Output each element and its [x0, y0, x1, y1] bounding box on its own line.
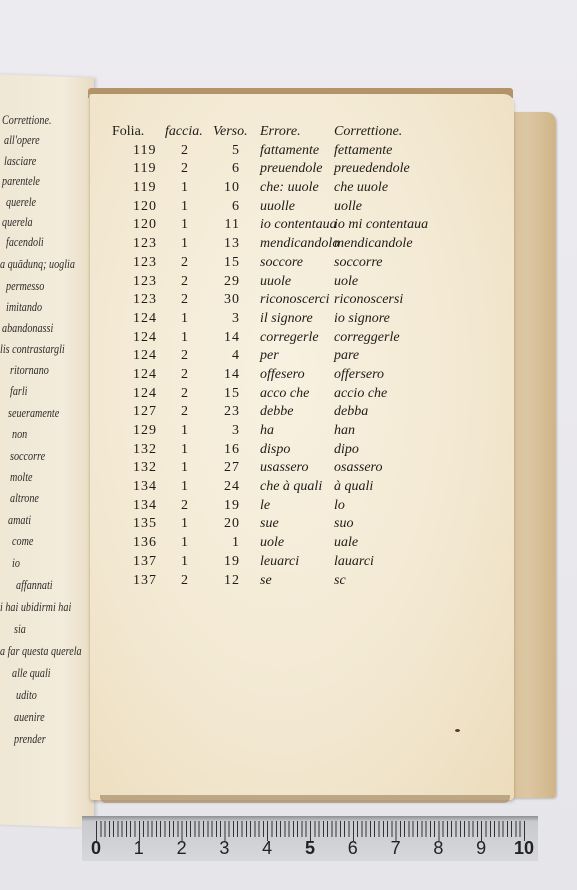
- cell-correttione: fettamente: [334, 143, 392, 159]
- cell-correttione: riconoscersi: [334, 292, 403, 308]
- left-page-line: sia: [14, 622, 26, 635]
- left-page-line: affannati: [16, 578, 53, 591]
- cell-verso: 14: [216, 330, 240, 346]
- cell-errore: le: [260, 498, 270, 514]
- cell-verso: 27: [216, 460, 240, 476]
- ruler-label-0: 0: [91, 838, 101, 859]
- cell-folia: 127: [133, 404, 157, 420]
- cell-errore: riconoscerci: [260, 292, 329, 308]
- ruler-label-9: 9: [476, 838, 486, 859]
- cell-errore: che à quali: [260, 479, 322, 495]
- cell-correttione: offersero: [334, 367, 384, 383]
- left-page-line: alle quali: [12, 666, 51, 679]
- cell-verso: 15: [216, 255, 240, 271]
- cell-errore: sue: [260, 516, 279, 532]
- cell-folia: 136: [133, 535, 157, 551]
- cell-verso: 10: [216, 180, 240, 196]
- left-page-line: lis contrastargli: [0, 342, 65, 355]
- cell-faccia: 2: [181, 274, 189, 290]
- left-page-line: farli: [10, 384, 27, 397]
- cell-folia: 119: [133, 161, 156, 177]
- cell-correttione: io mi contentaua: [334, 217, 428, 233]
- cell-folia: 137: [133, 573, 157, 589]
- cell-folia: 124: [133, 348, 157, 364]
- cell-verso: 30: [216, 292, 240, 308]
- ruler-label-5: 5: [305, 838, 315, 859]
- cell-correttione: pare: [334, 348, 359, 364]
- cell-verso: 15: [216, 386, 240, 402]
- cell-folia: 132: [133, 460, 157, 476]
- cell-correttione: lauarci: [334, 554, 374, 570]
- cell-correttione: suo: [334, 516, 353, 532]
- left-page-line: ritornano: [10, 363, 49, 376]
- left-page-line: imitando: [6, 300, 42, 313]
- cell-errore: uuole: [260, 274, 291, 290]
- ruler-label-6: 6: [348, 838, 358, 859]
- cell-folia: 124: [133, 330, 157, 346]
- cell-verso: 23: [216, 404, 240, 420]
- cell-faccia: 1: [181, 479, 189, 495]
- cell-faccia: 1: [181, 330, 189, 346]
- left-page-line: molte: [10, 470, 33, 483]
- cell-correttione: soccorre: [334, 255, 382, 271]
- cell-folia: 132: [133, 442, 157, 458]
- cell-errore: usassero: [260, 460, 309, 476]
- left-page-line: amati: [8, 513, 31, 526]
- cell-faccia: 2: [181, 498, 189, 514]
- cell-correttione: correggerle: [334, 330, 400, 346]
- cell-correttione: uole: [334, 274, 358, 290]
- cell-correttione: han: [334, 423, 355, 439]
- left-page-line: a far questa querela: [0, 644, 82, 657]
- cell-faccia: 1: [181, 460, 189, 476]
- left-page-line: auenire: [14, 710, 45, 723]
- cell-verso: 19: [216, 554, 240, 570]
- cell-faccia: 1: [181, 423, 189, 439]
- cell-correttione: à quali: [334, 479, 373, 495]
- cell-folia: 123: [133, 236, 157, 252]
- cell-folia: 124: [133, 367, 157, 383]
- cell-faccia: 1: [181, 442, 189, 458]
- cell-correttione: accio che: [334, 386, 387, 402]
- cell-errore: il signore: [260, 311, 313, 327]
- left-page-line: abandonassi: [2, 321, 53, 334]
- scale-ruler: 012345678910: [82, 816, 538, 861]
- left-page-line: querele: [6, 195, 36, 208]
- cell-errore: debbe: [260, 404, 293, 420]
- ruler-label-7: 7: [391, 838, 401, 859]
- left-page-line: permesso: [6, 279, 44, 292]
- cell-folia: 124: [133, 311, 157, 327]
- cell-faccia: 1: [181, 554, 189, 570]
- cell-verso: 13: [216, 236, 240, 252]
- cell-folia: 123: [133, 255, 157, 271]
- cell-errore: per: [260, 348, 279, 364]
- ruler-label-10: 10: [514, 838, 534, 859]
- cell-faccia: 2: [181, 367, 189, 383]
- cell-faccia: 1: [181, 236, 189, 252]
- cell-verso: 6: [216, 199, 240, 215]
- cell-verso: 3: [216, 311, 240, 327]
- ruler-label-8: 8: [433, 838, 443, 859]
- cell-verso: 19: [216, 498, 240, 514]
- cell-verso: 29: [216, 274, 240, 290]
- cell-verso: 1: [216, 535, 240, 551]
- left-page-line: io: [12, 556, 20, 569]
- cell-folia: 120: [133, 217, 157, 233]
- cell-faccia: 2: [181, 348, 189, 364]
- page-bottom-edge: [100, 795, 510, 803]
- cell-faccia: 1: [181, 535, 189, 551]
- cell-verso: 5: [216, 143, 240, 159]
- left-page-line: soccorre: [10, 449, 45, 462]
- cell-correttione: dipo: [334, 442, 359, 458]
- cell-errore: che: uuole: [260, 180, 319, 196]
- cell-verso: 6: [216, 161, 240, 177]
- header-errore: Errore.: [260, 124, 301, 140]
- paper-hole: [455, 729, 460, 732]
- ruler-label-2: 2: [177, 838, 187, 859]
- cell-errore: leuarci: [260, 554, 299, 570]
- ruler-label-4: 4: [262, 838, 272, 859]
- vellum-cover-edge: [508, 112, 556, 798]
- left-page-line: querela: [2, 215, 33, 228]
- cell-faccia: 2: [181, 386, 189, 402]
- header-faccia: faccia.: [165, 124, 203, 140]
- header-folia: Folia.: [112, 124, 144, 140]
- header-verso: Verso.: [213, 124, 248, 140]
- left-page-line: come: [12, 534, 33, 547]
- left-page-line: parentele: [2, 174, 40, 187]
- left-page-line: facendoli: [6, 235, 44, 248]
- cell-folia: 137: [133, 554, 157, 570]
- cell-errore: corregerle: [260, 330, 319, 346]
- left-page-line: lasciare: [4, 154, 36, 167]
- cell-errore: uole: [260, 535, 284, 551]
- cell-folia: 119: [133, 143, 156, 159]
- cell-faccia: 2: [181, 292, 189, 308]
- left-page-line: Correttione.: [2, 113, 51, 126]
- cell-correttione: che uuole: [334, 180, 388, 196]
- cell-folia: 123: [133, 292, 157, 308]
- cell-verso: 4: [216, 348, 240, 364]
- cell-verso: 3: [216, 423, 240, 439]
- cell-correttione: lo: [334, 498, 345, 514]
- cell-faccia: 1: [181, 311, 189, 327]
- cell-faccia: 1: [181, 516, 189, 532]
- left-page-line: prender: [14, 732, 46, 745]
- cell-errore: mendicandolo: [260, 236, 339, 252]
- cell-folia: 124: [133, 386, 157, 402]
- left-page-line: i hai ubidirmi hai: [0, 600, 71, 613]
- cell-faccia: 2: [181, 143, 189, 159]
- cell-faccia: 2: [181, 255, 189, 271]
- cell-verso: 14: [216, 367, 240, 383]
- ruler-label-3: 3: [219, 838, 229, 859]
- left-page-line: non: [12, 427, 27, 440]
- cell-errore: offesero: [260, 367, 305, 383]
- cell-correttione: io signore: [334, 311, 390, 327]
- cell-faccia: 2: [181, 161, 189, 177]
- cell-correttione: sc: [334, 573, 346, 589]
- cell-folia: 134: [133, 479, 157, 495]
- left-page-line: all'opere: [4, 133, 40, 146]
- cell-errore: dispo: [260, 442, 290, 458]
- cell-errore: se: [260, 573, 272, 589]
- left-page-line: a quādunq; uoglia: [0, 257, 75, 270]
- cell-faccia: 2: [181, 404, 189, 420]
- left-page-line: seueramente: [8, 406, 59, 419]
- cell-correttione: uolle: [334, 199, 362, 215]
- cell-errore: uuolle: [260, 199, 295, 215]
- header-correttione: Correttione.: [334, 124, 402, 140]
- cell-errore: ha: [260, 423, 274, 439]
- cell-correttione: uale: [334, 535, 358, 551]
- cell-folia: 123: [133, 274, 157, 290]
- cell-errore: acco che: [260, 386, 309, 402]
- cell-faccia: 1: [181, 217, 189, 233]
- cell-folia: 120: [133, 199, 157, 215]
- cell-errore: io contentaua: [260, 217, 337, 233]
- left-page-line: altrone: [10, 491, 39, 504]
- left-page-line: udito: [16, 688, 37, 701]
- ruler-label-1: 1: [134, 838, 144, 859]
- cell-verso: 16: [216, 442, 240, 458]
- cell-correttione: debba: [334, 404, 368, 420]
- cell-folia: 135: [133, 516, 157, 532]
- cell-verso: 20: [216, 516, 240, 532]
- cell-correttione: osassero: [334, 460, 383, 476]
- cell-verso: 12: [216, 573, 240, 589]
- cell-correttione: preuedendole: [334, 161, 410, 177]
- cell-folia: 119: [133, 180, 156, 196]
- cell-errore: soccore: [260, 255, 303, 271]
- cell-faccia: 1: [181, 199, 189, 215]
- cell-errore: fattamente: [260, 143, 319, 159]
- cell-verso: 11: [216, 217, 240, 233]
- cell-faccia: 2: [181, 573, 189, 589]
- cell-correttione: mendicandole: [334, 236, 413, 252]
- cell-verso: 24: [216, 479, 240, 495]
- cell-faccia: 1: [181, 180, 189, 196]
- cell-folia: 129: [133, 423, 157, 439]
- cell-errore: preuendole: [260, 161, 322, 177]
- cell-folia: 134: [133, 498, 157, 514]
